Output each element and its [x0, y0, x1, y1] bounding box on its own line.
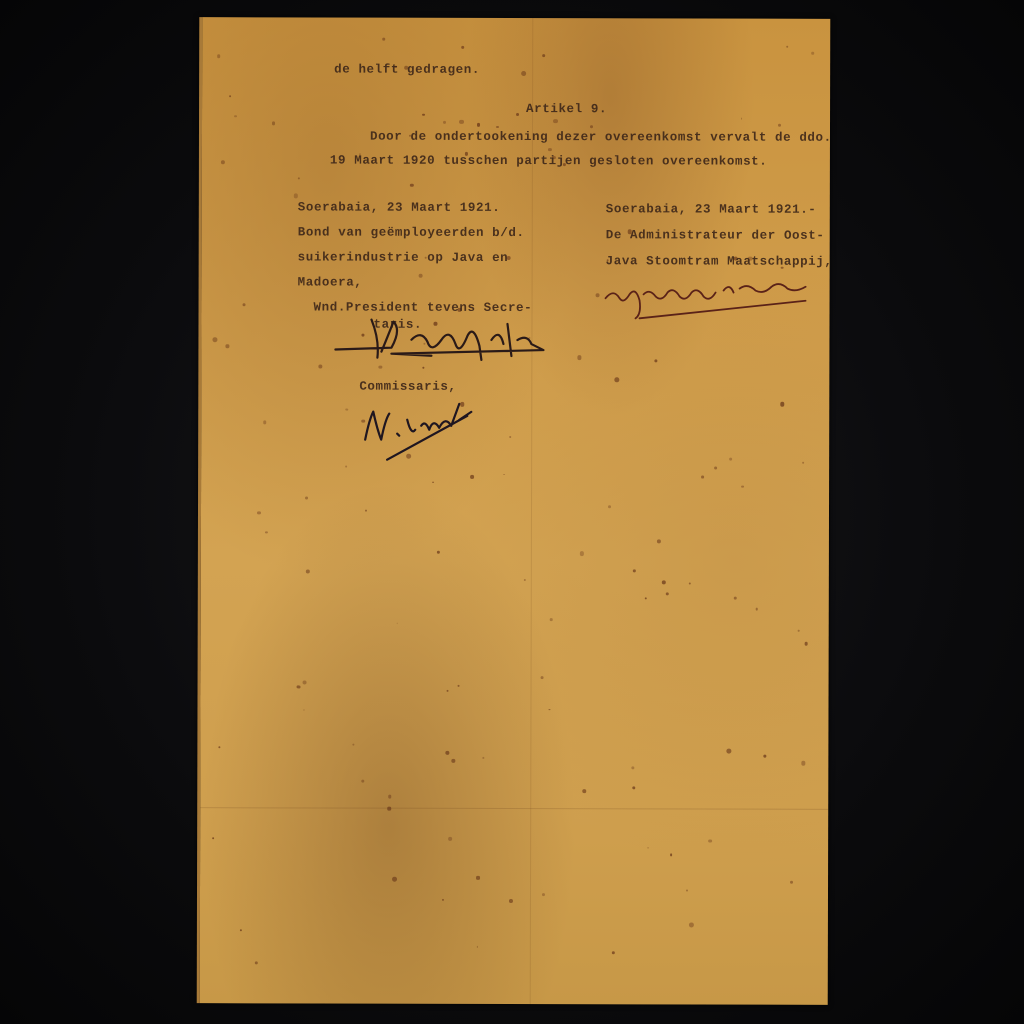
foxing-spot — [447, 689, 449, 691]
foxing-spot — [661, 580, 665, 584]
foxing-spot — [459, 120, 463, 124]
foxing-spot — [689, 922, 694, 927]
foxing-spot — [345, 408, 348, 411]
foxing-spot — [542, 893, 545, 896]
foxing-spot — [443, 121, 447, 125]
foxing-spot — [297, 685, 301, 689]
foxing-spot — [798, 630, 800, 632]
foxing-spot — [516, 113, 519, 116]
foxing-spot — [553, 119, 558, 124]
foxing-spot — [345, 465, 347, 467]
foxing-spot — [442, 898, 445, 901]
foxing-spot — [306, 570, 310, 574]
foxing-spot — [550, 619, 552, 621]
foxing-spot — [476, 946, 478, 948]
foxing-spot — [226, 345, 229, 348]
foxing-spot — [509, 899, 513, 903]
foxing-spot — [714, 467, 717, 470]
foxing-spot — [778, 124, 781, 127]
article-text-line-1: Door de ondertookening dezer overeenkoms… — [370, 130, 832, 145]
foxing-spot — [521, 71, 526, 76]
foxing-spot — [361, 780, 364, 783]
foxing-spot — [448, 837, 452, 841]
foxing-spot — [790, 880, 793, 883]
foxing-spot — [303, 709, 305, 711]
foxing-spot — [496, 126, 498, 128]
foxing-spot — [476, 876, 479, 879]
foxing-spot — [666, 592, 669, 595]
foxing-spot — [595, 293, 599, 297]
foxing-spot — [263, 421, 267, 425]
foxing-spot — [734, 597, 737, 600]
foxing-spot — [670, 854, 672, 856]
foxing-spot — [445, 751, 449, 755]
foxing-spot — [240, 929, 242, 931]
foxing-spot — [657, 539, 661, 543]
foxing-spot — [786, 45, 788, 47]
foxing-spot — [688, 583, 690, 585]
foxing-spot — [709, 840, 712, 843]
signature-president — [331, 310, 551, 371]
right-party-line-2: Java Stoomtram Maatschappij, — [606, 254, 833, 269]
foxing-spot — [422, 113, 425, 116]
foxing-spot — [727, 749, 732, 754]
foxing-spot — [221, 161, 225, 165]
foxing-spot — [615, 378, 620, 383]
foxing-spot — [801, 761, 805, 765]
foxing-spot — [655, 359, 658, 362]
foxing-spot — [548, 148, 551, 151]
foxing-spot — [217, 54, 221, 58]
foxing-spot — [631, 766, 634, 769]
left-place-date: Soerabaia, 23 Maart 1921. — [298, 200, 501, 215]
foxing-spot — [388, 795, 392, 799]
foxing-spot — [582, 789, 587, 794]
foxing-spot — [458, 685, 460, 687]
foxing-spot — [608, 505, 612, 509]
foxing-spot — [811, 52, 814, 55]
foxing-spot — [524, 579, 526, 581]
foxing-spot — [298, 177, 300, 179]
foxing-spot — [243, 303, 246, 306]
document-page: de helft gedragen. Artikel 9. Door de on… — [197, 17, 831, 1005]
foxing-spot — [451, 759, 455, 763]
right-place-date: Soerabaia, 23 Maart 1921.- — [606, 202, 817, 217]
foxing-spot — [397, 622, 399, 624]
foxing-spot — [612, 951, 615, 954]
foxing-spot — [392, 876, 397, 881]
foxing-spot — [365, 509, 367, 511]
foxing-spot — [590, 125, 593, 128]
foxing-spot — [549, 709, 551, 711]
foxing-spot — [701, 476, 704, 479]
foxing-spot — [383, 38, 386, 41]
foxing-spot — [633, 569, 636, 572]
article-heading: Artikel 9. — [526, 102, 607, 116]
foxing-spot — [410, 184, 413, 187]
foxing-spot — [542, 54, 545, 57]
foxing-spot — [437, 551, 440, 554]
foxing-spot — [461, 46, 464, 49]
right-party-line-1: De Administrateur der Oost- — [606, 228, 825, 243]
foxing-spot — [212, 837, 214, 839]
fold-crease-horizontal — [200, 807, 828, 810]
foxing-spot — [432, 481, 434, 483]
foxing-spot — [742, 486, 744, 488]
foxing-spot — [387, 807, 390, 810]
signature-commissaris — [359, 390, 479, 462]
foxing-spot — [257, 511, 261, 515]
foxing-spot — [541, 676, 544, 679]
foxing-spot — [805, 642, 808, 645]
foxing-spot — [213, 337, 218, 342]
foxing-spot — [509, 436, 511, 438]
signature-administrateur — [599, 268, 815, 323]
article-text-line-2: 19 Maart 1920 tusschen partijen gesloten… — [330, 154, 768, 169]
left-party-line-1: Bond van geëmployeerden b/d. — [298, 225, 525, 240]
foxing-spot — [647, 847, 649, 849]
foxing-spot — [234, 115, 236, 117]
foxing-spot — [482, 757, 484, 759]
foxing-spot — [303, 681, 307, 685]
foxing-spot — [632, 786, 635, 789]
foxing-spot — [764, 755, 767, 758]
foxing-spot — [305, 496, 308, 499]
foxing-spot — [477, 123, 481, 127]
foxing-spot — [729, 458, 732, 461]
foxing-spot — [265, 531, 268, 534]
foxing-spot — [229, 95, 232, 98]
foxing-spot — [352, 743, 354, 745]
foxing-spot — [645, 597, 647, 599]
foxing-spot — [218, 746, 220, 748]
foxing-spot — [272, 121, 276, 125]
foxing-spot — [318, 364, 322, 368]
foxing-spot — [294, 194, 298, 198]
foxing-spot — [741, 117, 743, 119]
foxing-spot — [686, 890, 688, 892]
foxing-spot — [255, 961, 258, 964]
foxing-spot — [503, 474, 505, 476]
foxing-spot — [418, 273, 423, 278]
foxing-spot — [755, 608, 758, 611]
continuation-line: de helft gedragen. — [334, 63, 480, 77]
foxing-spot — [577, 355, 582, 360]
left-party-line-3: Madoera, — [298, 275, 363, 289]
left-party-line-2: suikerindustrie op Java en — [298, 250, 509, 265]
foxing-spot — [579, 552, 583, 556]
foxing-spot — [470, 475, 474, 479]
foxing-spot — [780, 402, 785, 407]
foxing-spot — [802, 462, 804, 464]
